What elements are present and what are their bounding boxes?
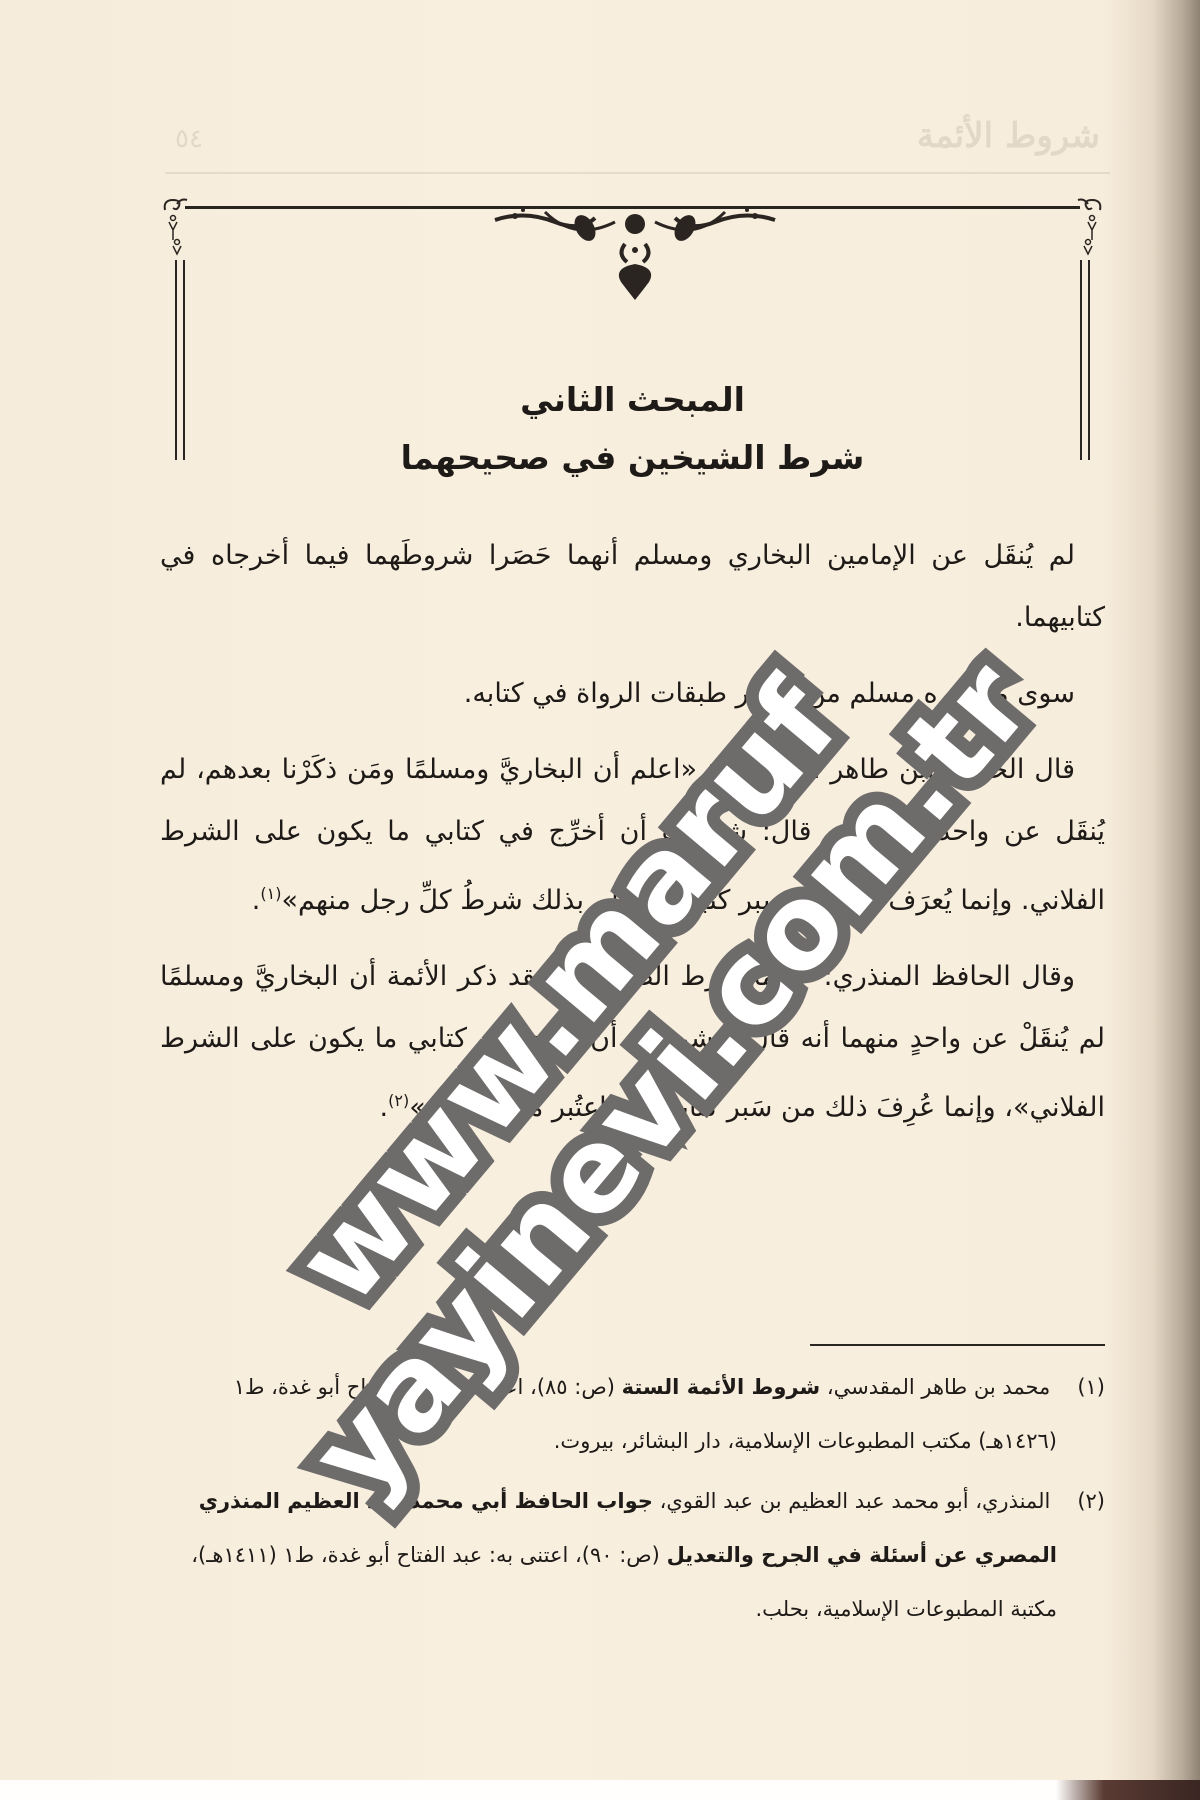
paragraph-text: لم يُنقَل عن الإمامين البخاري ومسلم أنهم… — [160, 540, 1105, 633]
footnote: (٢) المنذري، أبو محمد عبد العظيم بن عبد … — [155, 1474, 1105, 1636]
footnotes: (١) محمد بن طاهر المقدسي، شروط الأئمة ال… — [155, 1360, 1105, 1642]
body-text: لم يُنقَل عن الإمامين البخاري ومسلم أنهم… — [160, 525, 1105, 1139]
paragraph: وقال الحافظ المنذري: «وأمّا شرط الصحيحين… — [160, 946, 1105, 1139]
frame-right-rule — [1080, 260, 1090, 460]
footnote-author: محمد بن طاهر المقدسي، — [827, 1375, 1051, 1399]
paragraph-text: وقال الحافظ المنذري: «وأمّا شرط الصحيحين… — [160, 961, 1105, 1123]
footnote-title: شروط الأئمة الستة — [622, 1375, 821, 1399]
scan-edge — [0, 1780, 1200, 1800]
footnote-separator — [810, 1344, 1105, 1346]
corner-flourish-icon — [1066, 196, 1106, 266]
header-rule — [165, 172, 1110, 174]
running-header-title: شروط الأئمة — [917, 116, 1100, 156]
section-title: شرط الشيخين في صحيحهما — [165, 438, 1100, 477]
paragraph: سوى ما ذكره مسلم من اختيار طبقات الرواة … — [160, 663, 1105, 725]
section-number-title: المبحث الثاني — [165, 380, 1100, 419]
ornament-icon — [475, 202, 795, 302]
page-number: ٥٤ — [175, 124, 203, 154]
footnote-ref[interactable]: (١) — [260, 884, 281, 903]
paragraph: لم يُنقَل عن الإمامين البخاري ومسلم أنهم… — [160, 525, 1105, 649]
footnote-number: (٢) — [1057, 1474, 1105, 1528]
footnote-ref[interactable]: (٢) — [388, 1091, 409, 1110]
paragraph-text: قال الحافظ ابن طاهر المقدسي: «اعلم أن ال… — [160, 754, 1105, 916]
paragraph: قال الحافظ ابن طاهر المقدسي: «اعلم أن ال… — [160, 739, 1105, 932]
footnote: (١) محمد بن طاهر المقدسي، شروط الأئمة ال… — [155, 1360, 1105, 1468]
footnote-number: (١) — [1057, 1360, 1105, 1414]
paragraph-text: سوى ما ذكره مسلم من اختيار طبقات الرواة … — [464, 678, 1075, 709]
frame-left-rule — [175, 260, 185, 460]
corner-flourish-icon — [159, 196, 199, 266]
bleed-through-header: شروط الأئمة ٥٤ — [165, 110, 1110, 180]
footnote-author: المنذري، أبو محمد عبد العظيم بن عبد القو… — [660, 1489, 1051, 1513]
